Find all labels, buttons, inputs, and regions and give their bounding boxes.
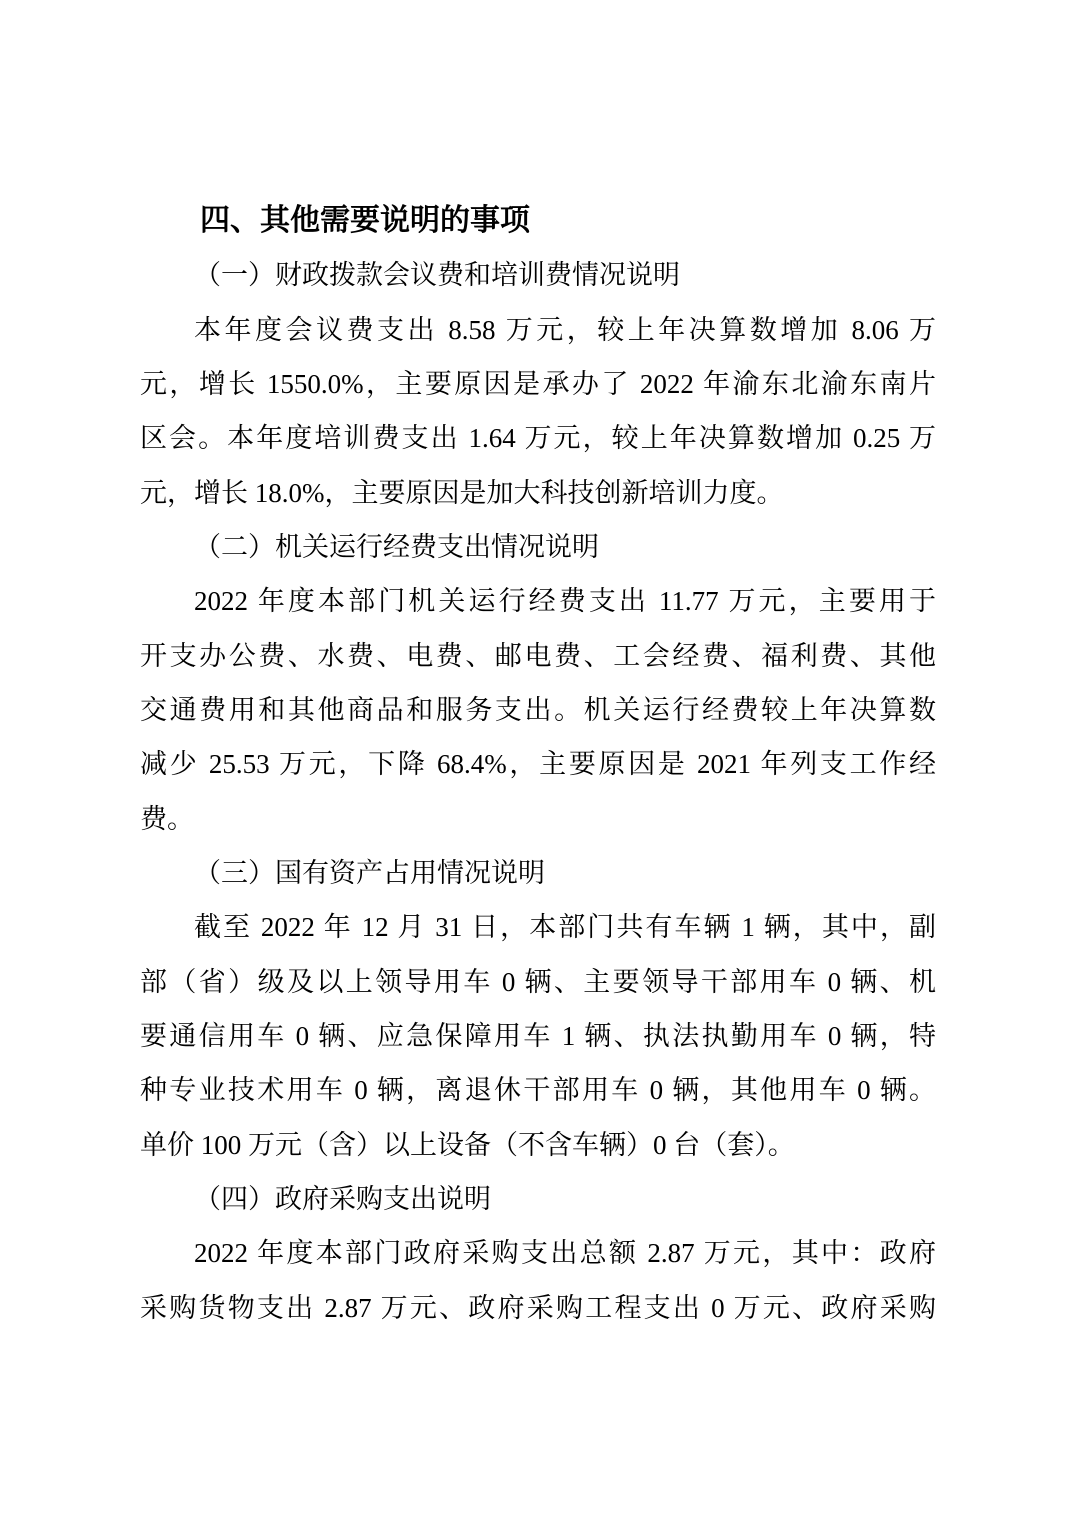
paragraph-line: 交通费用和其他商品和服务支出。机关运行经费较上年决算数 (140, 683, 936, 737)
paragraph-line: 开支办公费、水费、电费、邮电费、工会经费、福利费、其他 (140, 629, 936, 683)
paragraph-line: 减少 25.53 万元，下降 68.4%，主要原因是 2021 年列支工作经 (140, 737, 936, 791)
paragraph-first-line: 截至 2022 年 12 月 31 日，本部门共有车辆 1 辆，其中，副 (140, 900, 936, 954)
section-heading: 四、其他需要说明的事项 (140, 194, 936, 248)
paragraph-line: 单价 100 万元（含）以上设备（不含车辆）0 台（套）。 (140, 1118, 936, 1172)
document-page: { "page": { "background_color": "#ffffff… (0, 0, 1075, 1520)
paragraph-line: 种专业技术用车 0 辆，离退休干部用车 0 辆，其他用车 0 辆。 (140, 1063, 936, 1117)
paragraph-first-line: 本年度会议费支出 8.58 万元，较上年决算数增加 8.06 万 (140, 303, 936, 357)
document-text-block: 四、其他需要说明的事项（一）财政拨款会议费和培训费情况说明本年度会议费支出 8.… (140, 194, 936, 1335)
paragraph-line: 元，增长 1550.0%，主要原因是承办了 2022 年渝东北渝东南片 (140, 357, 936, 411)
paragraph-line: 元，增长 18.0%，主要原因是加大科技创新培训力度。 (140, 466, 936, 520)
subsection-heading: （二）机关运行经费支出情况说明 (140, 520, 936, 574)
subsection-heading: （四）政府采购支出说明 (140, 1172, 936, 1226)
paragraph-first-line: 2022 年度本部门政府采购支出总额 2.87 万元，其中：政府 (140, 1226, 936, 1280)
subsection-heading: （一）财政拨款会议费和培训费情况说明 (140, 248, 936, 302)
subsection-heading: （三）国有资产占用情况说明 (140, 846, 936, 900)
paragraph-line: 费。 (140, 792, 936, 846)
paragraph-line: 要通信用车 0 辆、应急保障用车 1 辆、执法执勤用车 0 辆，特 (140, 1009, 936, 1063)
paragraph-first-line: 2022 年度本部门机关运行经费支出 11.77 万元，主要用于 (140, 574, 936, 628)
paragraph-line: 采购货物支出 2.87 万元、政府采购工程支出 0 万元、政府采购 (140, 1281, 936, 1335)
paragraph-line: 部（省）级及以上领导用车 0 辆、主要领导干部用车 0 辆、机 (140, 955, 936, 1009)
paragraph-line: 区会。本年度培训费支出 1.64 万元，较上年决算数增加 0.25 万 (140, 411, 936, 465)
